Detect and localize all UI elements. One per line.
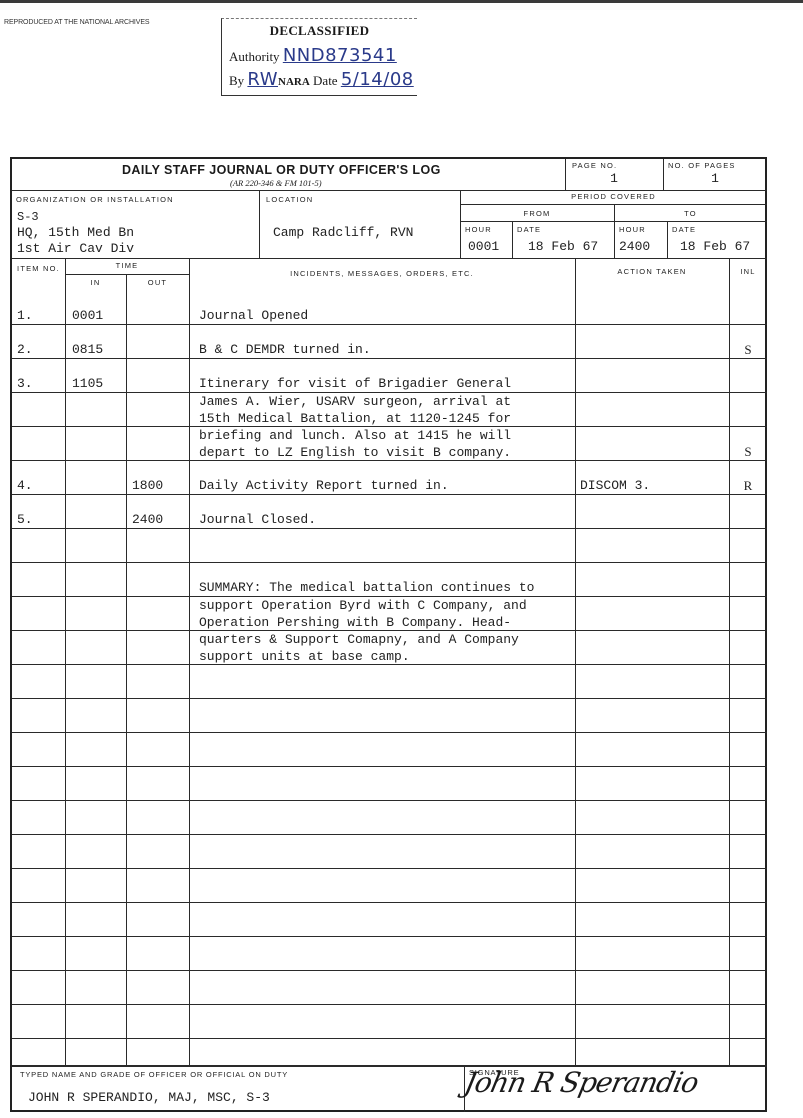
col-action-header: ACTION TAKEN — [575, 267, 729, 276]
location-value: Camp Radcliff, RVN — [273, 225, 413, 240]
organization-line-2: HQ, 15th Med Bn — [17, 225, 134, 240]
table-row-empty — [12, 937, 767, 971]
from-hour-value: 0001 — [468, 239, 499, 254]
row-incident-text: James A. Wier, USARV surgeon, arrival at… — [199, 394, 511, 427]
table-row-empty — [12, 1005, 767, 1039]
table-row-empty — [12, 665, 767, 699]
row-item-no: 4. — [17, 478, 33, 493]
col-inl-header: INL — [729, 267, 767, 276]
table-row-empty — [12, 903, 767, 937]
col-in-header: IN — [65, 278, 126, 287]
page-no-label: PAGE NO. — [572, 161, 617, 170]
stamp-title: DECLASSIFIED — [222, 23, 417, 39]
table-row-empty — [12, 767, 767, 801]
row-incident-text: SUMMARY: The medical battalion continues… — [199, 580, 534, 597]
row-incident-text: briefing and lunch. Also at 1415 he will… — [199, 428, 511, 461]
stamp-authority-value: NND873541 — [283, 45, 397, 66]
table-row-empty — [12, 971, 767, 1005]
from-label: FROM — [460, 209, 614, 218]
row-time-out: 1800 — [132, 478, 163, 493]
table-row-empty — [12, 835, 767, 869]
col-item-header: ITEM NO. — [12, 264, 65, 274]
row-time-in: 0815 — [72, 342, 103, 357]
stamp-by-value: RW — [247, 69, 278, 90]
row-incident-text: support Operation Byrd with C Company, a… — [199, 598, 527, 631]
archive-note: REPRODUCED AT THE NATIONAL ARCHIVES — [4, 19, 149, 26]
table-row-empty — [12, 733, 767, 767]
organization-line-3: 1st Air Cav Div — [17, 241, 134, 256]
form-subtitle: (AR 220-346 & FM 101-5) — [230, 178, 322, 188]
from-hour-label: HOUR — [465, 225, 492, 234]
row-time-in: 0001 — [72, 308, 103, 323]
stamp-by-label: By — [229, 73, 244, 88]
row-item-no: 1. — [17, 308, 33, 323]
row-item-no: 3. — [17, 376, 33, 391]
row-time-out: 2400 — [132, 512, 163, 527]
table-row-empty — [12, 801, 767, 835]
stamp-date-value: 5/14/08 — [341, 69, 414, 90]
to-label: TO — [614, 209, 767, 218]
period-covered-label: PERIOD COVERED — [460, 192, 767, 201]
col-incidents-header: INCIDENTS, MESSAGES, ORDERS, ETC. — [189, 269, 575, 278]
table-row — [12, 325, 767, 359]
row-initials: S — [729, 444, 767, 460]
table-row-empty — [12, 869, 767, 903]
stamp-agency: NARA — [278, 76, 310, 88]
signature-value: John R Sperandio — [461, 1066, 701, 1099]
duty-log-form: DAILY STAFF JOURNAL OR DUTY OFFICER'S LO… — [10, 157, 767, 1112]
stamp-authority-row: Authority NND873541 — [229, 45, 397, 66]
row-incident-text: B & C DEMDR turned in. — [199, 342, 371, 359]
declassified-stamp: DECLASSIFIED Authority NND873541 By RWNA… — [221, 18, 417, 96]
row-incident-text: Journal Opened — [199, 308, 308, 325]
row-time-in: 1105 — [72, 376, 103, 391]
to-hour-value: 2400 — [619, 239, 650, 254]
officer-label: TYPED NAME AND GRADE OF OFFICER OR OFFIC… — [20, 1070, 288, 1079]
table-row-empty — [12, 699, 767, 733]
col-time-header: TIME — [65, 261, 189, 270]
stamp-authority-label: Authority — [229, 49, 280, 64]
row-incident-text: Daily Activity Report turned in. — [199, 478, 449, 495]
num-pages-value: 1 — [663, 171, 767, 186]
page-no-value: 1 — [565, 171, 663, 186]
officer-name: JOHN R SPERANDIO, MAJ, MSC, S-3 — [28, 1090, 270, 1105]
row-item-no: 5. — [17, 512, 33, 527]
table-row — [12, 291, 767, 325]
table-row — [12, 529, 767, 563]
scan-edge — [0, 0, 803, 3]
stamp-by-row: By RWNARA Date 5/14/08 — [229, 69, 414, 90]
from-date-label: DATE — [517, 225, 541, 234]
num-pages-label: NO. OF PAGES — [668, 161, 736, 170]
row-incident-text: Itinerary for visit of Brigadier General — [199, 376, 511, 393]
row-item-no: 2. — [17, 342, 33, 357]
from-date-value: 18 Feb 67 — [528, 239, 598, 254]
row-incident-text: quarters & Support Comapny, and A Compan… — [199, 632, 519, 665]
organization-label: ORGANIZATION OR INSTALLATION — [16, 195, 174, 204]
to-date-value: 18 Feb 67 — [680, 239, 750, 254]
row-incident-text: Journal Closed. — [199, 512, 316, 529]
organization-line-1: S-3 — [17, 210, 39, 224]
row-action-taken: DISCOM 3. — [580, 478, 650, 493]
row-initials: S — [729, 342, 767, 358]
stamp-date-label: Date — [313, 73, 338, 88]
row-initials: R — [729, 478, 767, 494]
to-date-label: DATE — [672, 225, 696, 234]
to-hour-label: HOUR — [619, 225, 646, 234]
location-label: LOCATION — [266, 195, 313, 204]
col-out-header: OUT — [126, 278, 189, 287]
table-row — [12, 495, 767, 529]
form-title: DAILY STAFF JOURNAL OR DUTY OFFICER'S LO… — [122, 163, 441, 177]
